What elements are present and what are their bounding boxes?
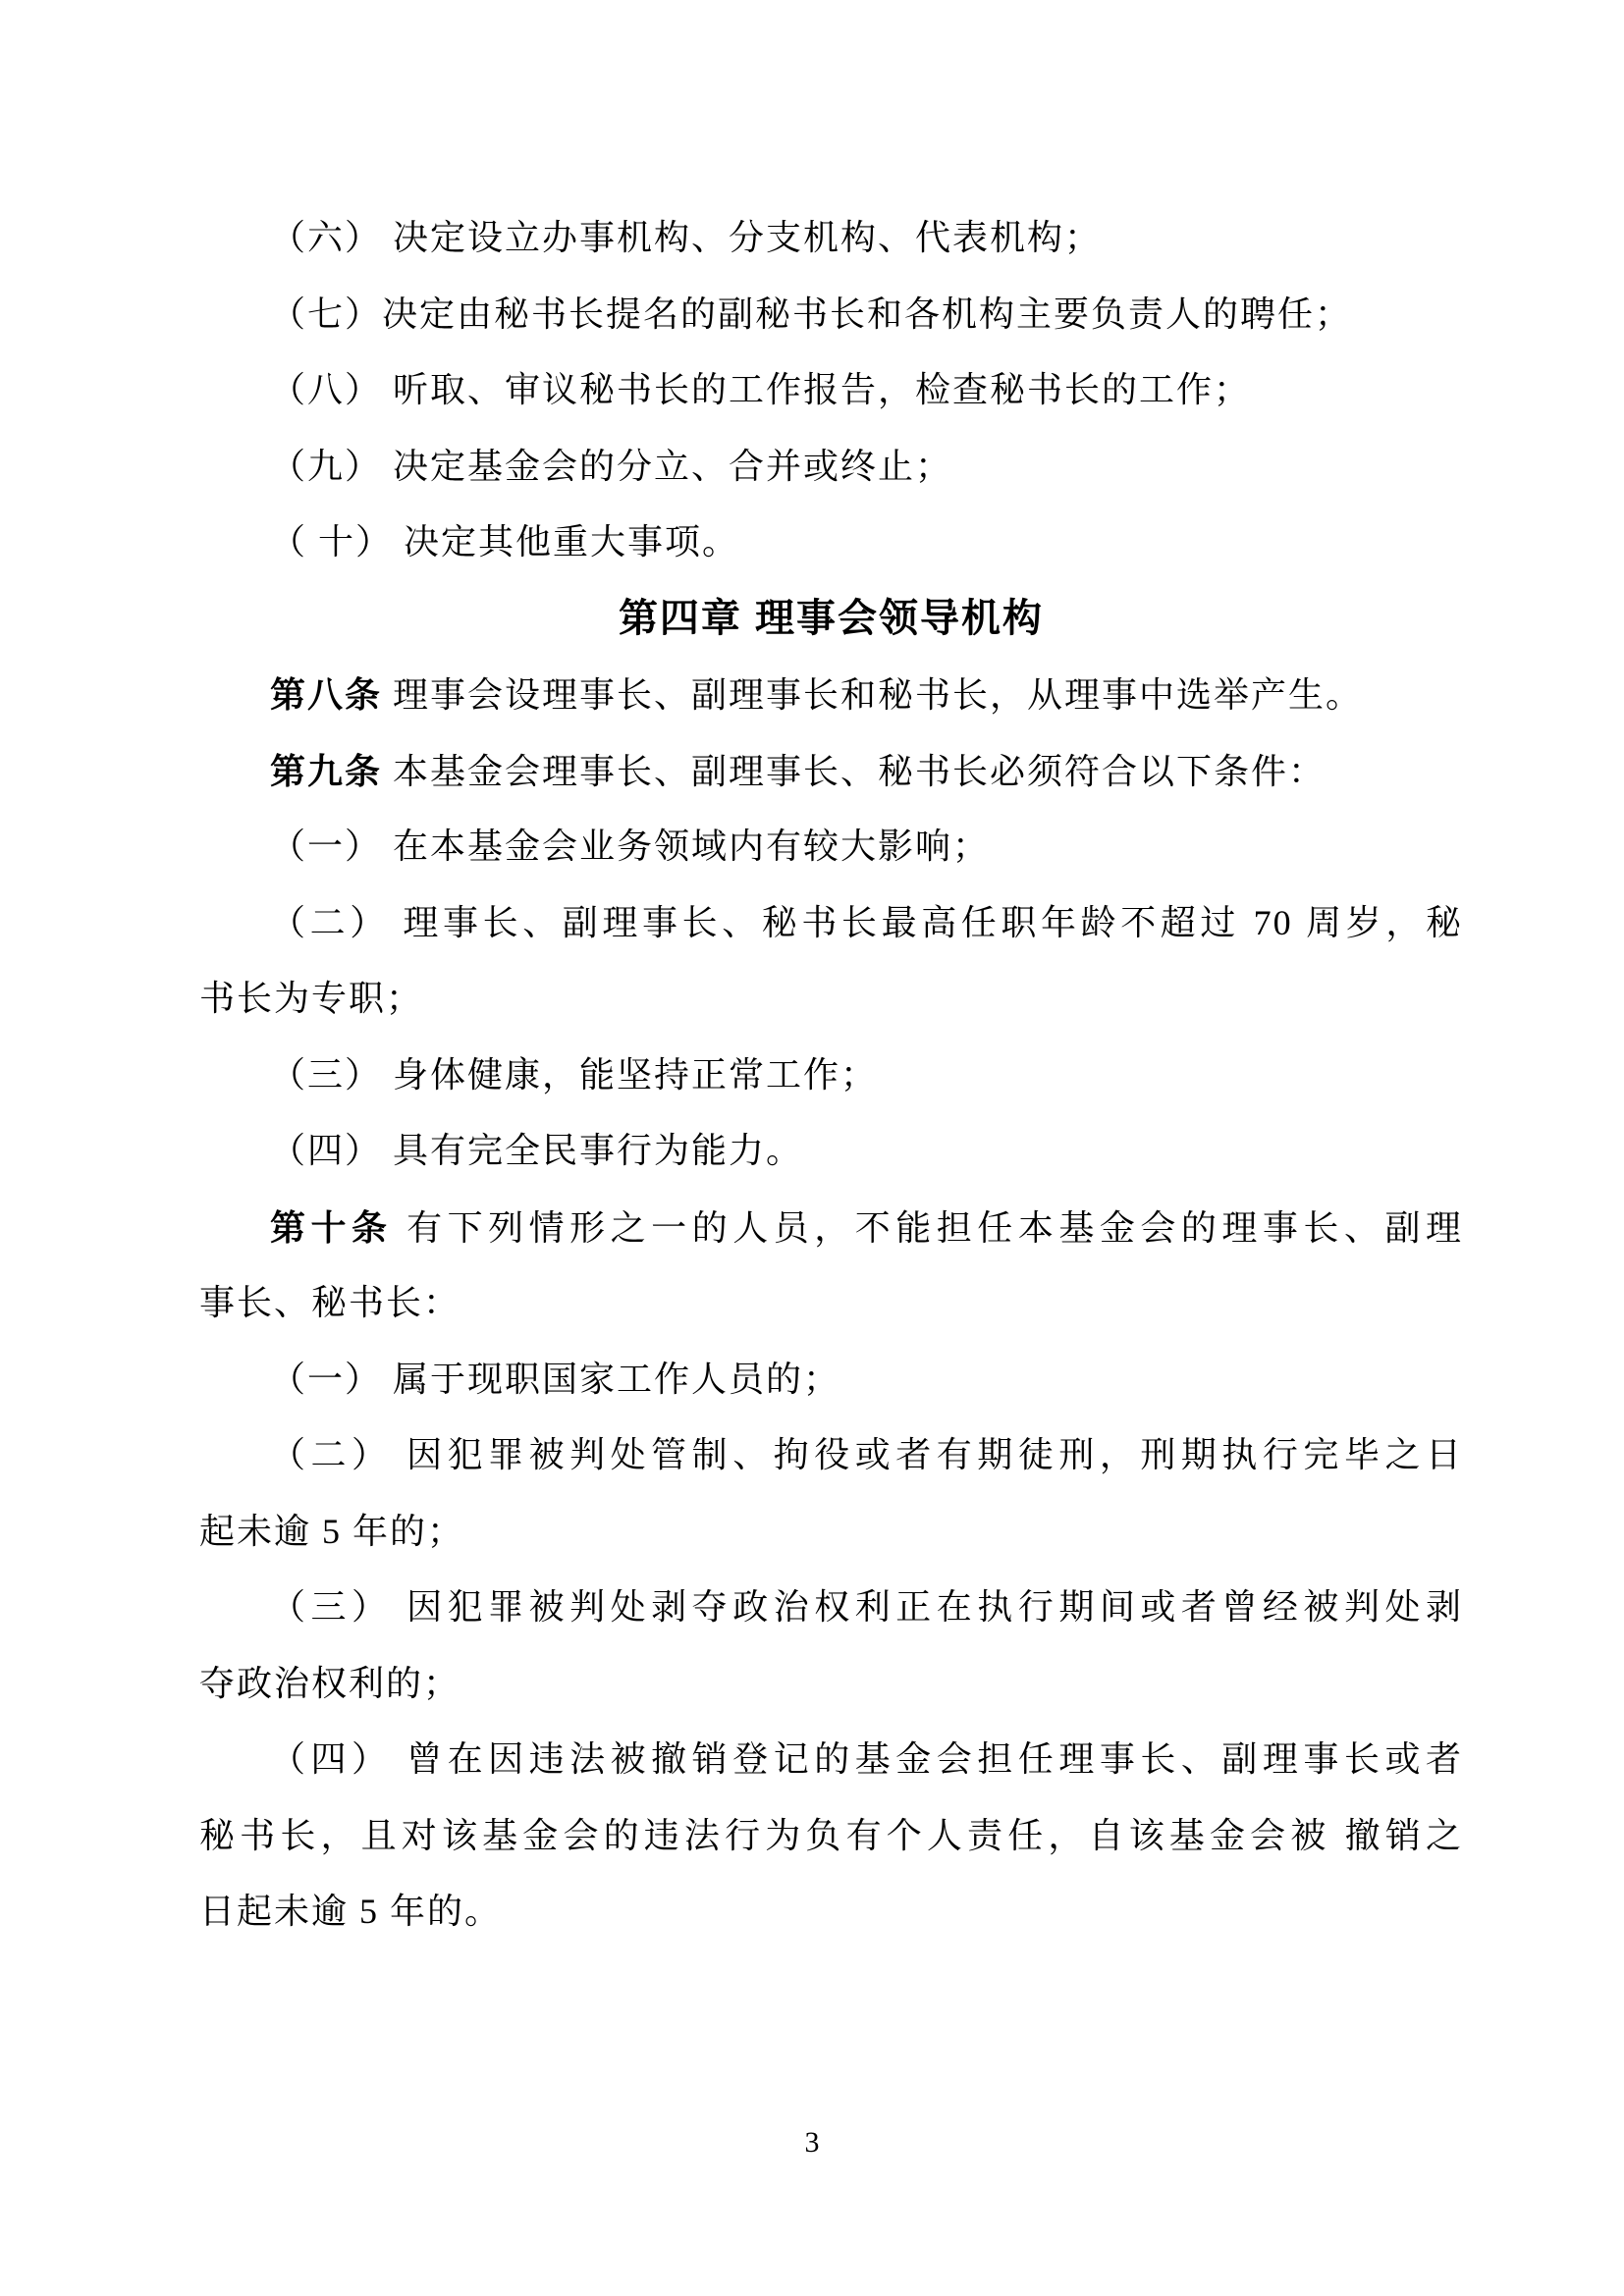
text-line: （九） 决定基金会的分立、合并或终止；: [199, 429, 1463, 506]
line-text: 本基金会理事长、副理事长、秘书长必须符合以下条件：: [382, 752, 1326, 791]
line-text: 理事会设理事长、副理事长和秘书长，从理事中选举产生。: [382, 675, 1363, 715]
chapter-heading: 第四章 理事会领导机构: [199, 581, 1463, 658]
text-line: （ 十） 决定其他重大事项。: [199, 505, 1463, 581]
line-text: 有下列情形之一的人员，不能担任本基金会的理事长、副理: [393, 1208, 1463, 1248]
text-line: （三） 因犯罪被判处剥夺政治权利正在执行期间或者曾经被判处剥: [199, 1570, 1463, 1646]
text-line: 第十条 有下列情形之一的人员，不能担任本基金会的理事长、副理: [199, 1190, 1463, 1266]
text-line: 起未逾 5 年的；: [199, 1494, 1463, 1571]
text-line: （四） 曾在因违法被撤销登记的基金会担任理事长、副理事长或者: [199, 1722, 1463, 1798]
document-page: （六） 决定设立办事机构、分支机构、代表机构；（七）决定由秘书长提名的副秘书长和…: [0, 0, 1624, 2296]
text-line: 夺政治权利的；: [199, 1646, 1463, 1723]
text-line: 第九条 本基金会理事长、副理事长、秘书长必须符合以下条件：: [199, 733, 1463, 810]
article-number: 第八条: [270, 674, 382, 715]
text-line: （三） 身体健康，能坚持正常工作；: [199, 1038, 1463, 1114]
text-line: 秘书长，且对该基金会的违法行为负有个人责任，自该基金会被 撤销之: [199, 1798, 1463, 1875]
text-line: （一） 在本基金会业务领域内有较大影响；: [199, 809, 1463, 885]
text-line: 日起未逾 5 年的。: [199, 1874, 1463, 1950]
text-line: （一） 属于现职国家工作人员的；: [199, 1342, 1463, 1418]
text-line: （二） 因犯罪被判处管制、拘役或者有期徒刑，刑期执行完毕之日: [199, 1417, 1463, 1494]
text-line: （四） 具有完全民事行为能力。: [199, 1113, 1463, 1190]
text-line: （二） 理事长、副理事长、秘书长最高任职年龄不超过 70 周岁，秘: [199, 885, 1463, 962]
text-line: 书长为专职；: [199, 961, 1463, 1038]
document-body: （六） 决定设立办事机构、分支机构、代表机构；（七）决定由秘书长提名的副秘书长和…: [199, 200, 1463, 1950]
text-line: 第八条 理事会设理事长、副理事长和秘书长，从理事中选举产生。: [199, 657, 1463, 733]
text-line: （八） 听取、审议秘书长的工作报告，检查秘书长的工作；: [199, 352, 1463, 429]
text-line: （六） 决定设立办事机构、分支机构、代表机构；: [199, 200, 1463, 277]
page-number: 3: [0, 2123, 1624, 2163]
article-number: 第九条: [270, 751, 382, 791]
text-line: （七）决定由秘书长提名的副秘书长和各机构主要负责人的聘任；: [199, 277, 1463, 353]
article-number: 第十条: [270, 1207, 393, 1248]
text-line: 事长、秘书长：: [199, 1265, 1463, 1342]
